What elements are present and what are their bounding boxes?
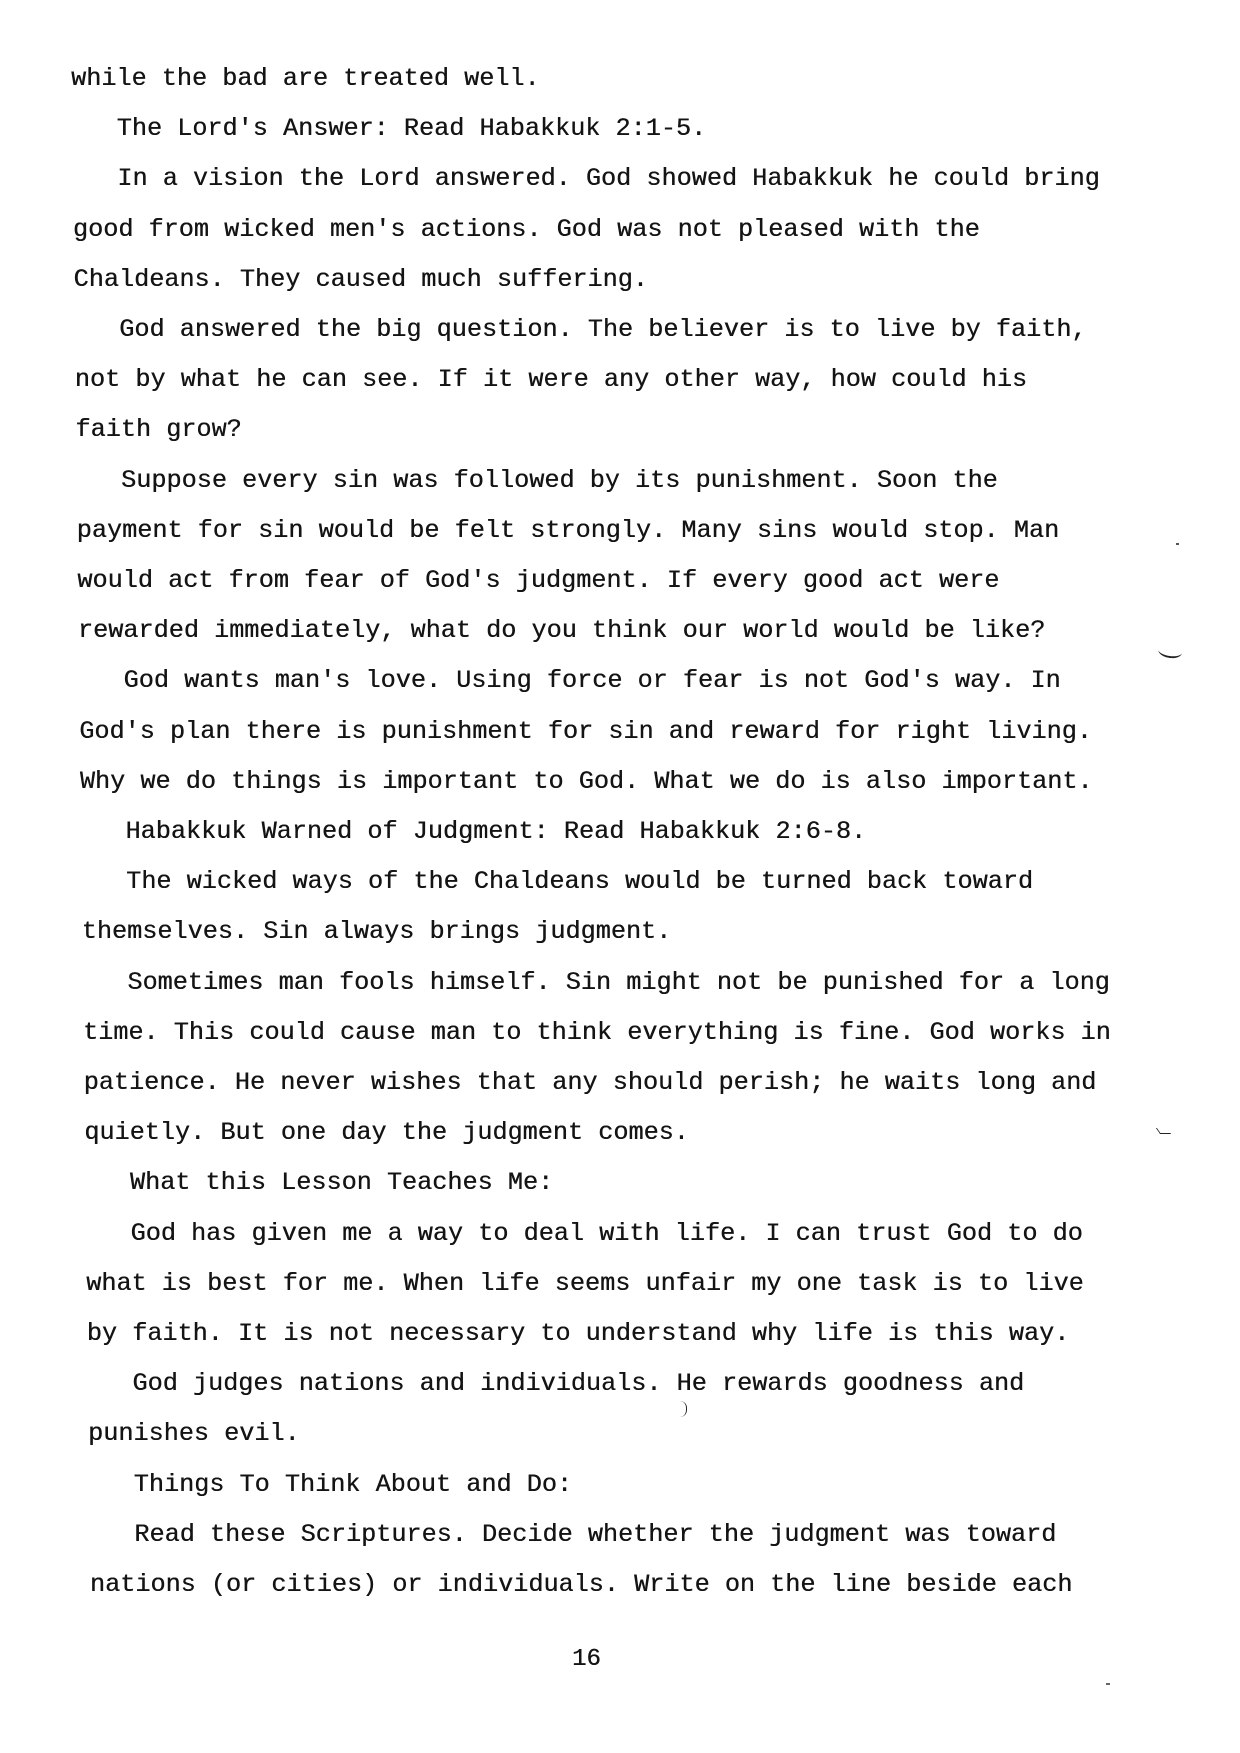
- text-line: faith grow?: [75, 415, 241, 445]
- text-line: themselves. Sin always brings judgment.: [82, 917, 671, 947]
- text-line: quietly. But one day the judgment comes.: [84, 1118, 689, 1148]
- text-line: would act from fear of God's judgment. I…: [77, 566, 999, 596]
- text-line: good from wicked men's actions. God was …: [73, 215, 980, 245]
- text-line: punishes evil.: [88, 1419, 300, 1449]
- paragraph-first-line: What this Lesson Teaches Me:: [130, 1168, 553, 1198]
- text-line: not by what he can see. If it were any o…: [75, 365, 1027, 395]
- text-line: by faith. It is not necessary to underst…: [87, 1319, 1069, 1349]
- paragraph-first-line: In a vision the Lord answered. God showe…: [117, 164, 1099, 194]
- text-line: rewarded immediately, what do you think …: [78, 616, 1045, 646]
- paragraph-first-line: The wicked ways of the Chaldeans would b…: [126, 867, 1033, 897]
- page-number: 16: [572, 1645, 601, 1675]
- text-line: what is best for me. When life seems unf…: [86, 1269, 1084, 1299]
- scan-pen-mark: [1157, 646, 1182, 659]
- text-line: time. This could cause man to think ever…: [83, 1018, 1111, 1048]
- text-line: payment for sin would be felt strongly. …: [77, 516, 1059, 546]
- paragraph-first-line: God wants man's love. Using force or fea…: [124, 666, 1061, 696]
- text-line: Why we do things is important to God. Wh…: [80, 767, 1093, 797]
- scan-pen-mark: [1156, 1128, 1171, 1134]
- document-page: while the bad are treated well.The Lord'…: [0, 0, 1240, 1753]
- paragraph-first-line: Habakkuk Warned of Judgment: Read Habakk…: [125, 817, 866, 847]
- paragraph-first-line: Read these Scriptures. Decide whether th…: [134, 1520, 1056, 1550]
- paragraph-first-line: Sometimes man fools himself. Sin might n…: [127, 968, 1109, 998]
- paragraph-first-line: The Lord's Answer: Read Habakkuk 2:1-5.: [117, 114, 706, 144]
- text-line: God's plan there is punishment for sin a…: [79, 717, 1092, 747]
- scan-speck: [1106, 1683, 1110, 1685]
- text-line: while the bad are treated well.: [71, 64, 540, 94]
- scan-pen-mark: [680, 1401, 687, 1417]
- paragraph-first-line: Suppose every sin was followed by its pu…: [121, 466, 998, 496]
- text-line: patience. He never wishes that any shoul…: [84, 1068, 1097, 1098]
- paragraph-first-line: God judges nations and individuals. He r…: [132, 1369, 1024, 1399]
- text-line: Chaldeans. They caused much suffering.: [74, 265, 648, 295]
- paragraph-first-line: God has given me a way to deal with life…: [130, 1219, 1082, 1249]
- text-line: nations (or cities) or individuals. Writ…: [90, 1570, 1072, 1600]
- paragraph-first-line: Things To Think About and Do:: [134, 1470, 572, 1500]
- paragraph-first-line: God answered the big question. The belie…: [119, 315, 1086, 345]
- scan-speck: [1176, 543, 1179, 545]
